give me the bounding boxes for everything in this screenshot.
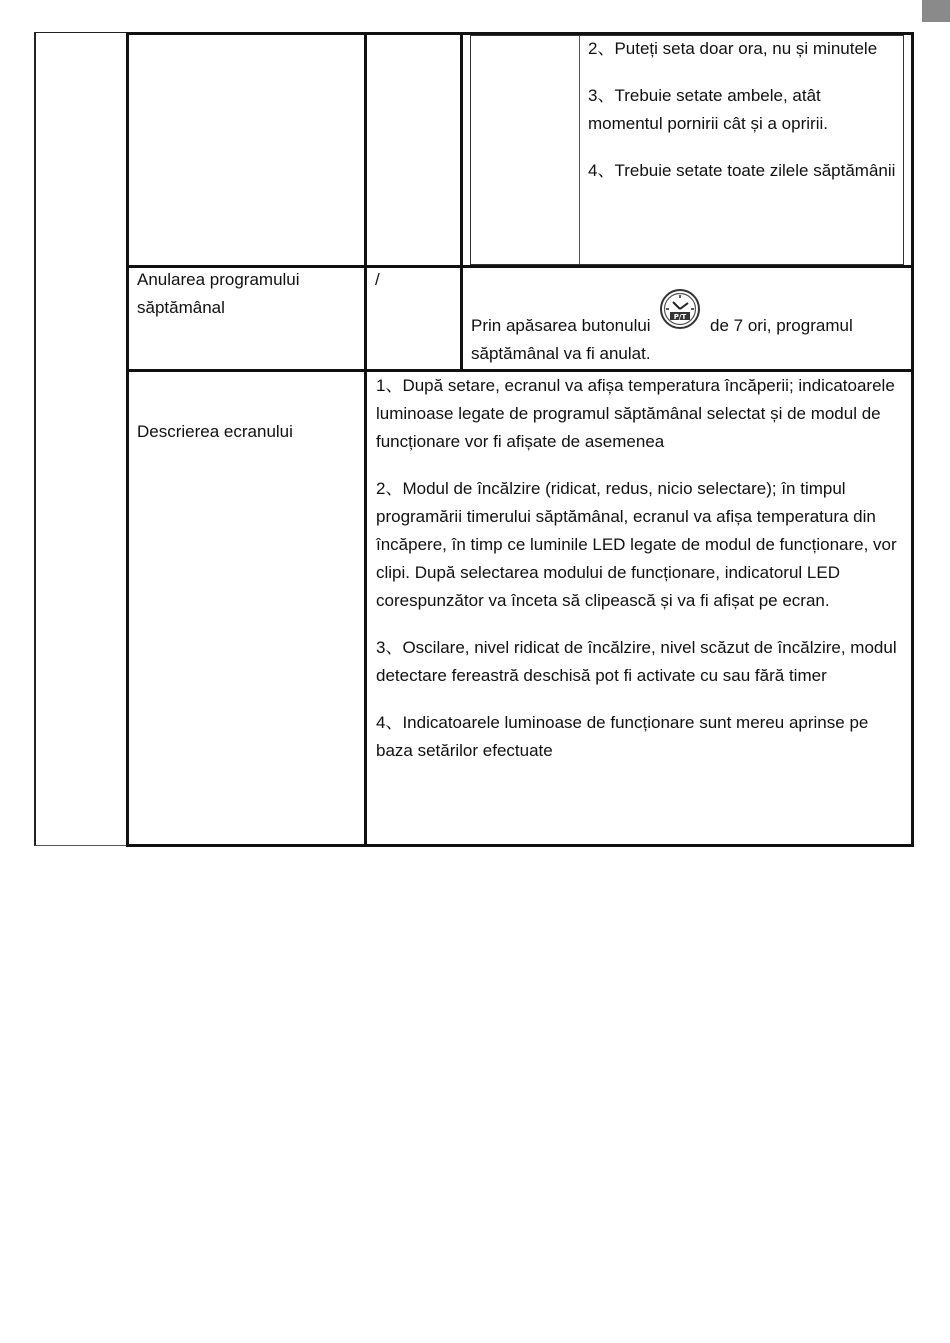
setting-notes: 2、Puteți seta doar ora, nu și minutele 3… xyxy=(588,35,898,204)
cancel-description-start: Prin apăsarea butonului xyxy=(471,316,651,335)
display-description-item: 2、Modul de încălzire (ridicat, redus, ni… xyxy=(376,475,906,615)
note-item: 4、Trebuie setate toate zilele săptămânii xyxy=(588,157,898,185)
table-left-column xyxy=(34,32,128,846)
svg-text:P/T: P/T xyxy=(674,313,687,321)
clock-pt-button-icon: P/T xyxy=(657,288,703,334)
note-item: 3、Trebuie setate ambele, atât momentul p… xyxy=(588,82,898,138)
display-description-label: Descrierea ecranului xyxy=(137,418,357,446)
display-description-item: 4、Indicatoarele luminoase de funcționare… xyxy=(376,709,906,765)
display-description-item: 3、Oscilare, nivel ridicat de încălzire, … xyxy=(376,634,906,690)
nested-table-divider xyxy=(579,36,580,264)
cancel-program-label: Anularea programului săptămânal xyxy=(137,266,357,322)
note-item: 2、Puteți seta doar ora, nu și minutele xyxy=(588,35,898,63)
cancel-program-description: Prin apăsarea butonului P/T de 7 ori, pr… xyxy=(471,294,901,368)
page-tab-marker xyxy=(922,0,950,22)
display-description-list: 1、După setare, ecranul va afișa temperat… xyxy=(376,372,906,784)
cancel-program-value: / xyxy=(375,266,455,294)
display-description-item: 1、După setare, ecranul va afișa temperat… xyxy=(376,372,906,456)
